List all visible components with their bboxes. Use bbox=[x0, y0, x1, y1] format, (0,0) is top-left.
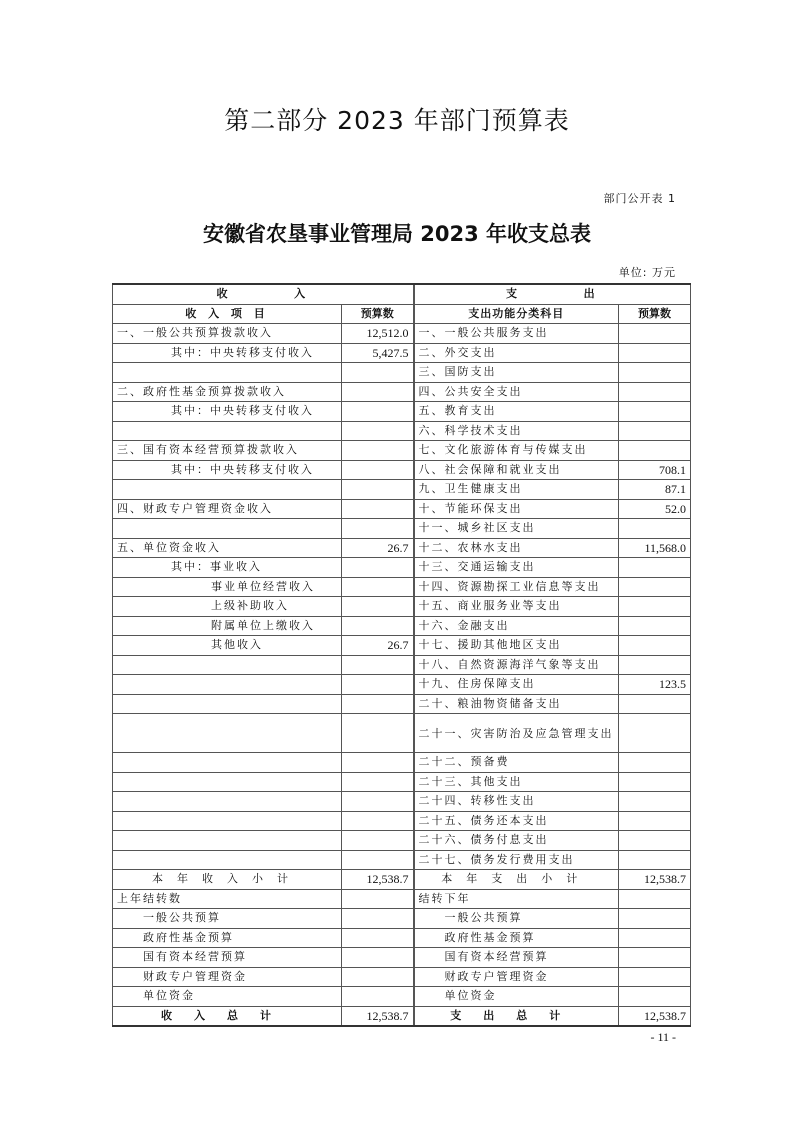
table-row: 十九、住房保障支出123.5 bbox=[113, 675, 691, 695]
expense-item: 国有资本经营预算 bbox=[414, 948, 619, 968]
table-row: 四、财政专户管理资金收入十、节能环保支出52.0 bbox=[113, 499, 691, 519]
income-amount bbox=[342, 792, 414, 812]
expense-subtotal-amount: 12,538.7 bbox=[619, 870, 691, 890]
income-amount bbox=[342, 694, 414, 714]
income-amount bbox=[342, 441, 414, 461]
expense-group-header: 支 出 bbox=[414, 284, 691, 304]
total-row: 收入总计12,538.7支出总计12,538.7 bbox=[113, 1006, 691, 1026]
income-item: 单位资金 bbox=[113, 987, 342, 1007]
budget-summary-table: 收 入 支 出 收 入 项 目 预算数 支出功能分类科目 预算数 一、一般公共预… bbox=[112, 283, 691, 1027]
table-row: 事业单位经营收入十四、资源勘探工业信息等支出 bbox=[113, 577, 691, 597]
table-row: 二十五、债务还本支出 bbox=[113, 811, 691, 831]
carryover-row: 财政专户管理资金财政专户管理资金 bbox=[113, 967, 691, 987]
income-amount-header: 预算数 bbox=[342, 304, 414, 324]
income-subtotal-label: 本年收入小计 bbox=[113, 870, 342, 890]
expense-item: 一般公共预算 bbox=[414, 909, 619, 929]
table-row: 上级补助收入十五、商业服务业等支出 bbox=[113, 597, 691, 617]
income-item: 其中：中央转移支付收入 bbox=[113, 460, 342, 480]
income-amount bbox=[342, 753, 414, 773]
income-amount bbox=[342, 772, 414, 792]
income-item bbox=[113, 655, 342, 675]
table-row: 附属单位上缴收入十六、金融支出 bbox=[113, 616, 691, 636]
expense-subtotal-label: 本年支出小计 bbox=[414, 870, 619, 890]
income-total-label: 收入总计 bbox=[113, 1006, 342, 1026]
income-amount bbox=[342, 928, 414, 948]
income-item bbox=[113, 421, 342, 441]
expense-amount bbox=[619, 324, 691, 344]
carryover-row: 国有资本经营预算国有资本经营预算 bbox=[113, 948, 691, 968]
expense-amount bbox=[619, 519, 691, 539]
form-number: 部门公开表 1 bbox=[604, 190, 677, 206]
table-row: 三、国防支出 bbox=[113, 363, 691, 383]
expense-item: 结转下年 bbox=[414, 889, 619, 909]
expense-amount bbox=[619, 597, 691, 617]
table-row: 其中：中央转移支付收入八、社会保障和就业支出708.1 bbox=[113, 460, 691, 480]
carryover-row: 政府性基金预算政府性基金预算 bbox=[113, 928, 691, 948]
expense-amount bbox=[619, 948, 691, 968]
expense-amount bbox=[619, 402, 691, 422]
table-row: 十八、自然资源海洋气象等支出 bbox=[113, 655, 691, 675]
expense-item: 二十六、债务付息支出 bbox=[414, 831, 619, 851]
table-row: 二十四、转移性支出 bbox=[113, 792, 691, 812]
expense-amount bbox=[619, 772, 691, 792]
income-amount bbox=[342, 363, 414, 383]
income-item: 五、单位资金收入 bbox=[113, 538, 342, 558]
expense-total-label: 支出总计 bbox=[414, 1006, 619, 1026]
expense-amount bbox=[619, 967, 691, 987]
table-row: 五、单位资金收入26.7十二、农林水支出11,568.0 bbox=[113, 538, 691, 558]
income-item bbox=[113, 675, 342, 695]
expense-item: 十二、农林水支出 bbox=[414, 538, 619, 558]
income-amount bbox=[342, 831, 414, 851]
income-amount bbox=[342, 889, 414, 909]
expense-total-amount: 12,538.7 bbox=[619, 1006, 691, 1026]
expense-item-header: 支出功能分类科目 bbox=[414, 304, 619, 324]
expense-amount-header: 预算数 bbox=[619, 304, 691, 324]
income-amount bbox=[342, 850, 414, 870]
income-amount bbox=[342, 421, 414, 441]
expense-item: 十九、住房保障支出 bbox=[414, 675, 619, 695]
expense-item: 七、文化旅游体育与传媒支出 bbox=[414, 441, 619, 461]
table-row: 其中：中央转移支付收入五、教育支出 bbox=[113, 402, 691, 422]
expense-item: 二、外交支出 bbox=[414, 343, 619, 363]
expense-item: 六、科学技术支出 bbox=[414, 421, 619, 441]
expense-amount bbox=[619, 850, 691, 870]
expense-amount: 11,568.0 bbox=[619, 538, 691, 558]
expense-amount: 87.1 bbox=[619, 480, 691, 500]
expense-item: 十三、交通运输支出 bbox=[414, 558, 619, 578]
income-item-header: 收 入 项 目 bbox=[113, 304, 342, 324]
expense-item: 二十四、转移性支出 bbox=[414, 792, 619, 812]
expense-item: 二十五、债务还本支出 bbox=[414, 811, 619, 831]
table-row: 二十三、其他支出 bbox=[113, 772, 691, 792]
expense-item: 十、节能环保支出 bbox=[414, 499, 619, 519]
income-item: 上级补助收入 bbox=[113, 597, 342, 617]
table-title: 安徽省农垦事业管理局 2023 年收支总表 bbox=[0, 218, 794, 248]
carryover-row: 一般公共预算一般公共预算 bbox=[113, 909, 691, 929]
income-amount bbox=[342, 460, 414, 480]
income-item bbox=[113, 363, 342, 383]
expense-item: 五、教育支出 bbox=[414, 402, 619, 422]
income-total-amount: 12,538.7 bbox=[342, 1006, 414, 1026]
table-row: 其中：事业收入十三、交通运输支出 bbox=[113, 558, 691, 578]
table-row: 其他收入26.7十七、援助其他地区支出 bbox=[113, 636, 691, 656]
expense-amount bbox=[619, 343, 691, 363]
income-group-header: 收 入 bbox=[113, 284, 414, 304]
income-item: 事业单位经营收入 bbox=[113, 577, 342, 597]
unit-label: 单位: 万元 bbox=[619, 264, 676, 280]
expense-item: 二十、粮油物资储备支出 bbox=[414, 694, 619, 714]
income-amount bbox=[342, 948, 414, 968]
expense-item: 十五、商业服务业等支出 bbox=[414, 597, 619, 617]
income-item: 其中：中央转移支付收入 bbox=[113, 343, 342, 363]
expense-item: 二十一、灾害防治及应急管理支出 bbox=[414, 714, 619, 753]
income-amount bbox=[342, 675, 414, 695]
expense-item: 十六、金融支出 bbox=[414, 616, 619, 636]
income-item bbox=[113, 519, 342, 539]
income-item bbox=[113, 850, 342, 870]
expense-item: 二十七、债务发行费用支出 bbox=[414, 850, 619, 870]
income-amount bbox=[342, 655, 414, 675]
income-amount: 26.7 bbox=[342, 538, 414, 558]
expense-amount bbox=[619, 363, 691, 383]
expense-item: 政府性基金预算 bbox=[414, 928, 619, 948]
table-row: 九、卫生健康支出87.1 bbox=[113, 480, 691, 500]
income-item: 二、政府性基金预算拨款收入 bbox=[113, 382, 342, 402]
expense-amount bbox=[619, 714, 691, 753]
income-amount bbox=[342, 811, 414, 831]
income-item bbox=[113, 772, 342, 792]
expense-amount: 708.1 bbox=[619, 460, 691, 480]
carryover-row: 单位资金单位资金 bbox=[113, 987, 691, 1007]
income-amount bbox=[342, 402, 414, 422]
expense-amount bbox=[619, 558, 691, 578]
income-amount bbox=[342, 597, 414, 617]
expense-item: 二十三、其他支出 bbox=[414, 772, 619, 792]
table-row: 十一、城乡社区支出 bbox=[113, 519, 691, 539]
income-item bbox=[113, 792, 342, 812]
table-row: 二十二、预备费 bbox=[113, 753, 691, 773]
expense-item: 三、国防支出 bbox=[414, 363, 619, 383]
expense-item: 财政专户管理资金 bbox=[414, 967, 619, 987]
income-item bbox=[113, 480, 342, 500]
income-item: 上年结转数 bbox=[113, 889, 342, 909]
expense-amount bbox=[619, 577, 691, 597]
income-amount bbox=[342, 519, 414, 539]
table-row: 二、政府性基金预算拨款收入四、公共安全支出 bbox=[113, 382, 691, 402]
table-row: 二十六、债务付息支出 bbox=[113, 831, 691, 851]
column-header-row: 收 入 项 目 预算数 支出功能分类科目 预算数 bbox=[113, 304, 691, 324]
expense-item: 十一、城乡社区支出 bbox=[414, 519, 619, 539]
expense-amount bbox=[619, 655, 691, 675]
table-row: 其中：中央转移支付收入5,427.5二、外交支出 bbox=[113, 343, 691, 363]
expense-item: 十七、援助其他地区支出 bbox=[414, 636, 619, 656]
page-number: - 11 - bbox=[650, 1030, 676, 1045]
group-header-row: 收 入 支 出 bbox=[113, 284, 691, 304]
income-item: 四、财政专户管理资金收入 bbox=[113, 499, 342, 519]
expense-item: 二十二、预备费 bbox=[414, 753, 619, 773]
income-amount bbox=[342, 558, 414, 578]
income-item bbox=[113, 753, 342, 773]
income-item bbox=[113, 811, 342, 831]
income-amount bbox=[342, 577, 414, 597]
income-amount bbox=[342, 616, 414, 636]
expense-item: 一、一般公共服务支出 bbox=[414, 324, 619, 344]
income-item: 附属单位上缴收入 bbox=[113, 616, 342, 636]
income-amount: 26.7 bbox=[342, 636, 414, 656]
income-amount bbox=[342, 382, 414, 402]
income-amount bbox=[342, 967, 414, 987]
expense-amount bbox=[619, 889, 691, 909]
expense-amount bbox=[619, 909, 691, 929]
income-item: 一、一般公共预算拨款收入 bbox=[113, 324, 342, 344]
part-title: 第二部分 2023 年部门预算表 bbox=[0, 101, 794, 137]
expense-amount bbox=[619, 928, 691, 948]
income-item: 财政专户管理资金 bbox=[113, 967, 342, 987]
expense-item: 八、社会保障和就业支出 bbox=[414, 460, 619, 480]
expense-item: 四、公共安全支出 bbox=[414, 382, 619, 402]
table-row: 六、科学技术支出 bbox=[113, 421, 691, 441]
income-subtotal-amount: 12,538.7 bbox=[342, 870, 414, 890]
expense-amount bbox=[619, 753, 691, 773]
subtotal-row: 本年收入小计12,538.7本年支出小计12,538.7 bbox=[113, 870, 691, 890]
expense-amount bbox=[619, 421, 691, 441]
income-amount bbox=[342, 714, 414, 753]
income-amount bbox=[342, 480, 414, 500]
income-item: 其中：事业收入 bbox=[113, 558, 342, 578]
expense-amount bbox=[619, 811, 691, 831]
income-item: 其中：中央转移支付收入 bbox=[113, 402, 342, 422]
expense-item: 单位资金 bbox=[414, 987, 619, 1007]
table-row: 二十一、灾害防治及应急管理支出 bbox=[113, 714, 691, 753]
expense-amount bbox=[619, 987, 691, 1007]
income-item: 政府性基金预算 bbox=[113, 928, 342, 948]
carryover-row: 上年结转数结转下年 bbox=[113, 889, 691, 909]
expense-amount bbox=[619, 694, 691, 714]
table-row: 二十七、债务发行费用支出 bbox=[113, 850, 691, 870]
income-amount: 12,512.0 bbox=[342, 324, 414, 344]
expense-amount bbox=[619, 831, 691, 851]
income-item: 其他收入 bbox=[113, 636, 342, 656]
expense-amount bbox=[619, 441, 691, 461]
expense-amount bbox=[619, 636, 691, 656]
income-item bbox=[113, 714, 342, 753]
expense-amount bbox=[619, 792, 691, 812]
income-item bbox=[113, 831, 342, 851]
expense-amount bbox=[619, 616, 691, 636]
expense-amount: 123.5 bbox=[619, 675, 691, 695]
income-amount bbox=[342, 909, 414, 929]
expense-amount: 52.0 bbox=[619, 499, 691, 519]
income-item: 三、国有资本经营预算拨款收入 bbox=[113, 441, 342, 461]
table-row: 三、国有资本经营预算拨款收入七、文化旅游体育与传媒支出 bbox=[113, 441, 691, 461]
income-item: 国有资本经营预算 bbox=[113, 948, 342, 968]
expense-item: 九、卫生健康支出 bbox=[414, 480, 619, 500]
expense-item: 十四、资源勘探工业信息等支出 bbox=[414, 577, 619, 597]
income-amount bbox=[342, 987, 414, 1007]
income-item bbox=[113, 694, 342, 714]
table-row: 二十、粮油物资储备支出 bbox=[113, 694, 691, 714]
income-amount bbox=[342, 499, 414, 519]
table-row: 一、一般公共预算拨款收入12,512.0一、一般公共服务支出 bbox=[113, 324, 691, 344]
income-item: 一般公共预算 bbox=[113, 909, 342, 929]
expense-amount bbox=[619, 382, 691, 402]
income-amount: 5,427.5 bbox=[342, 343, 414, 363]
expense-item: 十八、自然资源海洋气象等支出 bbox=[414, 655, 619, 675]
